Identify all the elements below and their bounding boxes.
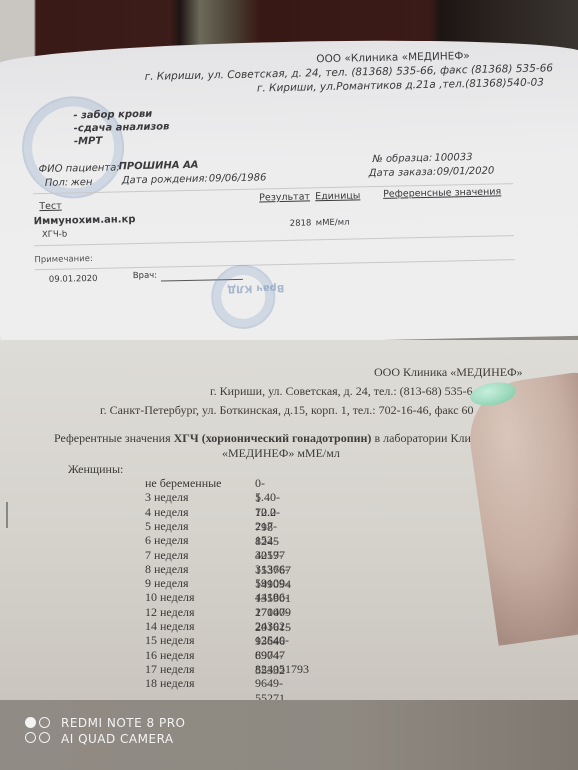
service-3: -МРТ: [74, 136, 102, 148]
gestation-week: не беременные: [145, 476, 245, 491]
gestation-week: 9 неделя: [145, 576, 245, 591]
watermark-line-1: REDMI NOTE 8 PRO: [61, 715, 185, 731]
test-name: ХГЧ-b: [42, 230, 68, 241]
doctor-stamp-text: Врач КЛД: [227, 282, 284, 294]
gestation-week: 15 неделя: [145, 633, 245, 648]
test-group: Иммунохим.ан.кр: [34, 214, 136, 227]
watermark-line-2: AI QUAD CAMERA: [61, 731, 185, 747]
gestation-week: 8 неделя: [145, 562, 245, 577]
sheet-title: Референтные значения ХГЧ (хорионический …: [54, 431, 495, 446]
sex-label: Пол:: [45, 177, 69, 188]
gestation-week: 12 неделя: [145, 605, 245, 620]
gestation-week: 14 неделя: [145, 619, 245, 634]
service-2: -сдача анализов: [74, 121, 170, 134]
result-value: 2818: [290, 218, 312, 228]
column-units: Единицы: [315, 190, 360, 202]
gestation-week: 10 неделя: [145, 590, 245, 605]
doctor-label: Врач:: [133, 271, 158, 282]
sex-value: жен: [71, 177, 93, 188]
sheet-title-line-2: «МЕДИНЕФ» мМЕ/мл: [222, 446, 340, 461]
sheet-address-1: г. Кириши, ул. Советская, д. 24, тел.: (…: [210, 384, 473, 399]
gestation-week: 5 неделя: [145, 519, 245, 534]
hcg-range: 824051793: [255, 662, 309, 677]
sheet-title-prefix: Референтные значения: [54, 431, 174, 445]
gestation-week: 7 неделя: [145, 548, 245, 563]
sheet-title-bold: ХГЧ (хорионический гонадотропин): [174, 431, 372, 445]
sample-number: 100033: [434, 152, 472, 164]
divider: [34, 235, 514, 246]
divider: [35, 259, 515, 270]
column-result: Результат: [259, 191, 310, 203]
service-1: - забор крови: [73, 109, 152, 122]
gestation-week: 6 неделя: [145, 533, 245, 548]
dob-label: Дата рождения:: [122, 174, 208, 187]
dob-value: 09/06/1986: [209, 172, 267, 184]
gestation-week: 16 неделя: [145, 648, 245, 663]
paper-mark: [6, 502, 8, 528]
sample-label: № образца:: [372, 153, 432, 165]
lab-result-form: ООО «Клиника «МЕДИНЕФ» г. Кириши, ул. Со…: [0, 36, 578, 348]
patient-label: ФИО пациента:: [38, 162, 119, 175]
gestation-week: 4 неделя: [145, 505, 245, 520]
sheet-address-2: г. Санкт-Петербург, ул. Боткинская, д.15…: [100, 403, 474, 418]
gestation-week: 17 неделя: [145, 662, 245, 677]
result-units: мМЕ/мл: [316, 218, 350, 229]
gestation-week: 18 неделя: [145, 676, 245, 691]
sheet-clinic-name: ООО Клиника «МЕДИНЕФ»: [374, 365, 523, 380]
doctor-stamp: [211, 264, 276, 329]
camera-watermark: REDMI NOTE 8 PRO AI QUAD CAMERA: [25, 715, 185, 747]
column-reference: Референсные значения: [383, 186, 501, 199]
camera-logo-icon: [25, 717, 53, 745]
group-label-women: Женщины:: [68, 462, 123, 477]
gestation-week: 3 неделя: [145, 490, 245, 505]
patient-name: ПРОШИНА АА: [118, 160, 198, 173]
note-label: Примечание:: [34, 254, 93, 265]
column-test: Тест: [39, 201, 62, 212]
order-date-value: 09/01/2020: [437, 166, 495, 178]
form-clinic-name: ООО «Клиника «МЕДИНЕФ»: [316, 50, 470, 65]
report-date: 09.01.2020: [49, 274, 98, 285]
order-date-label: Дата заказа:: [369, 167, 437, 179]
